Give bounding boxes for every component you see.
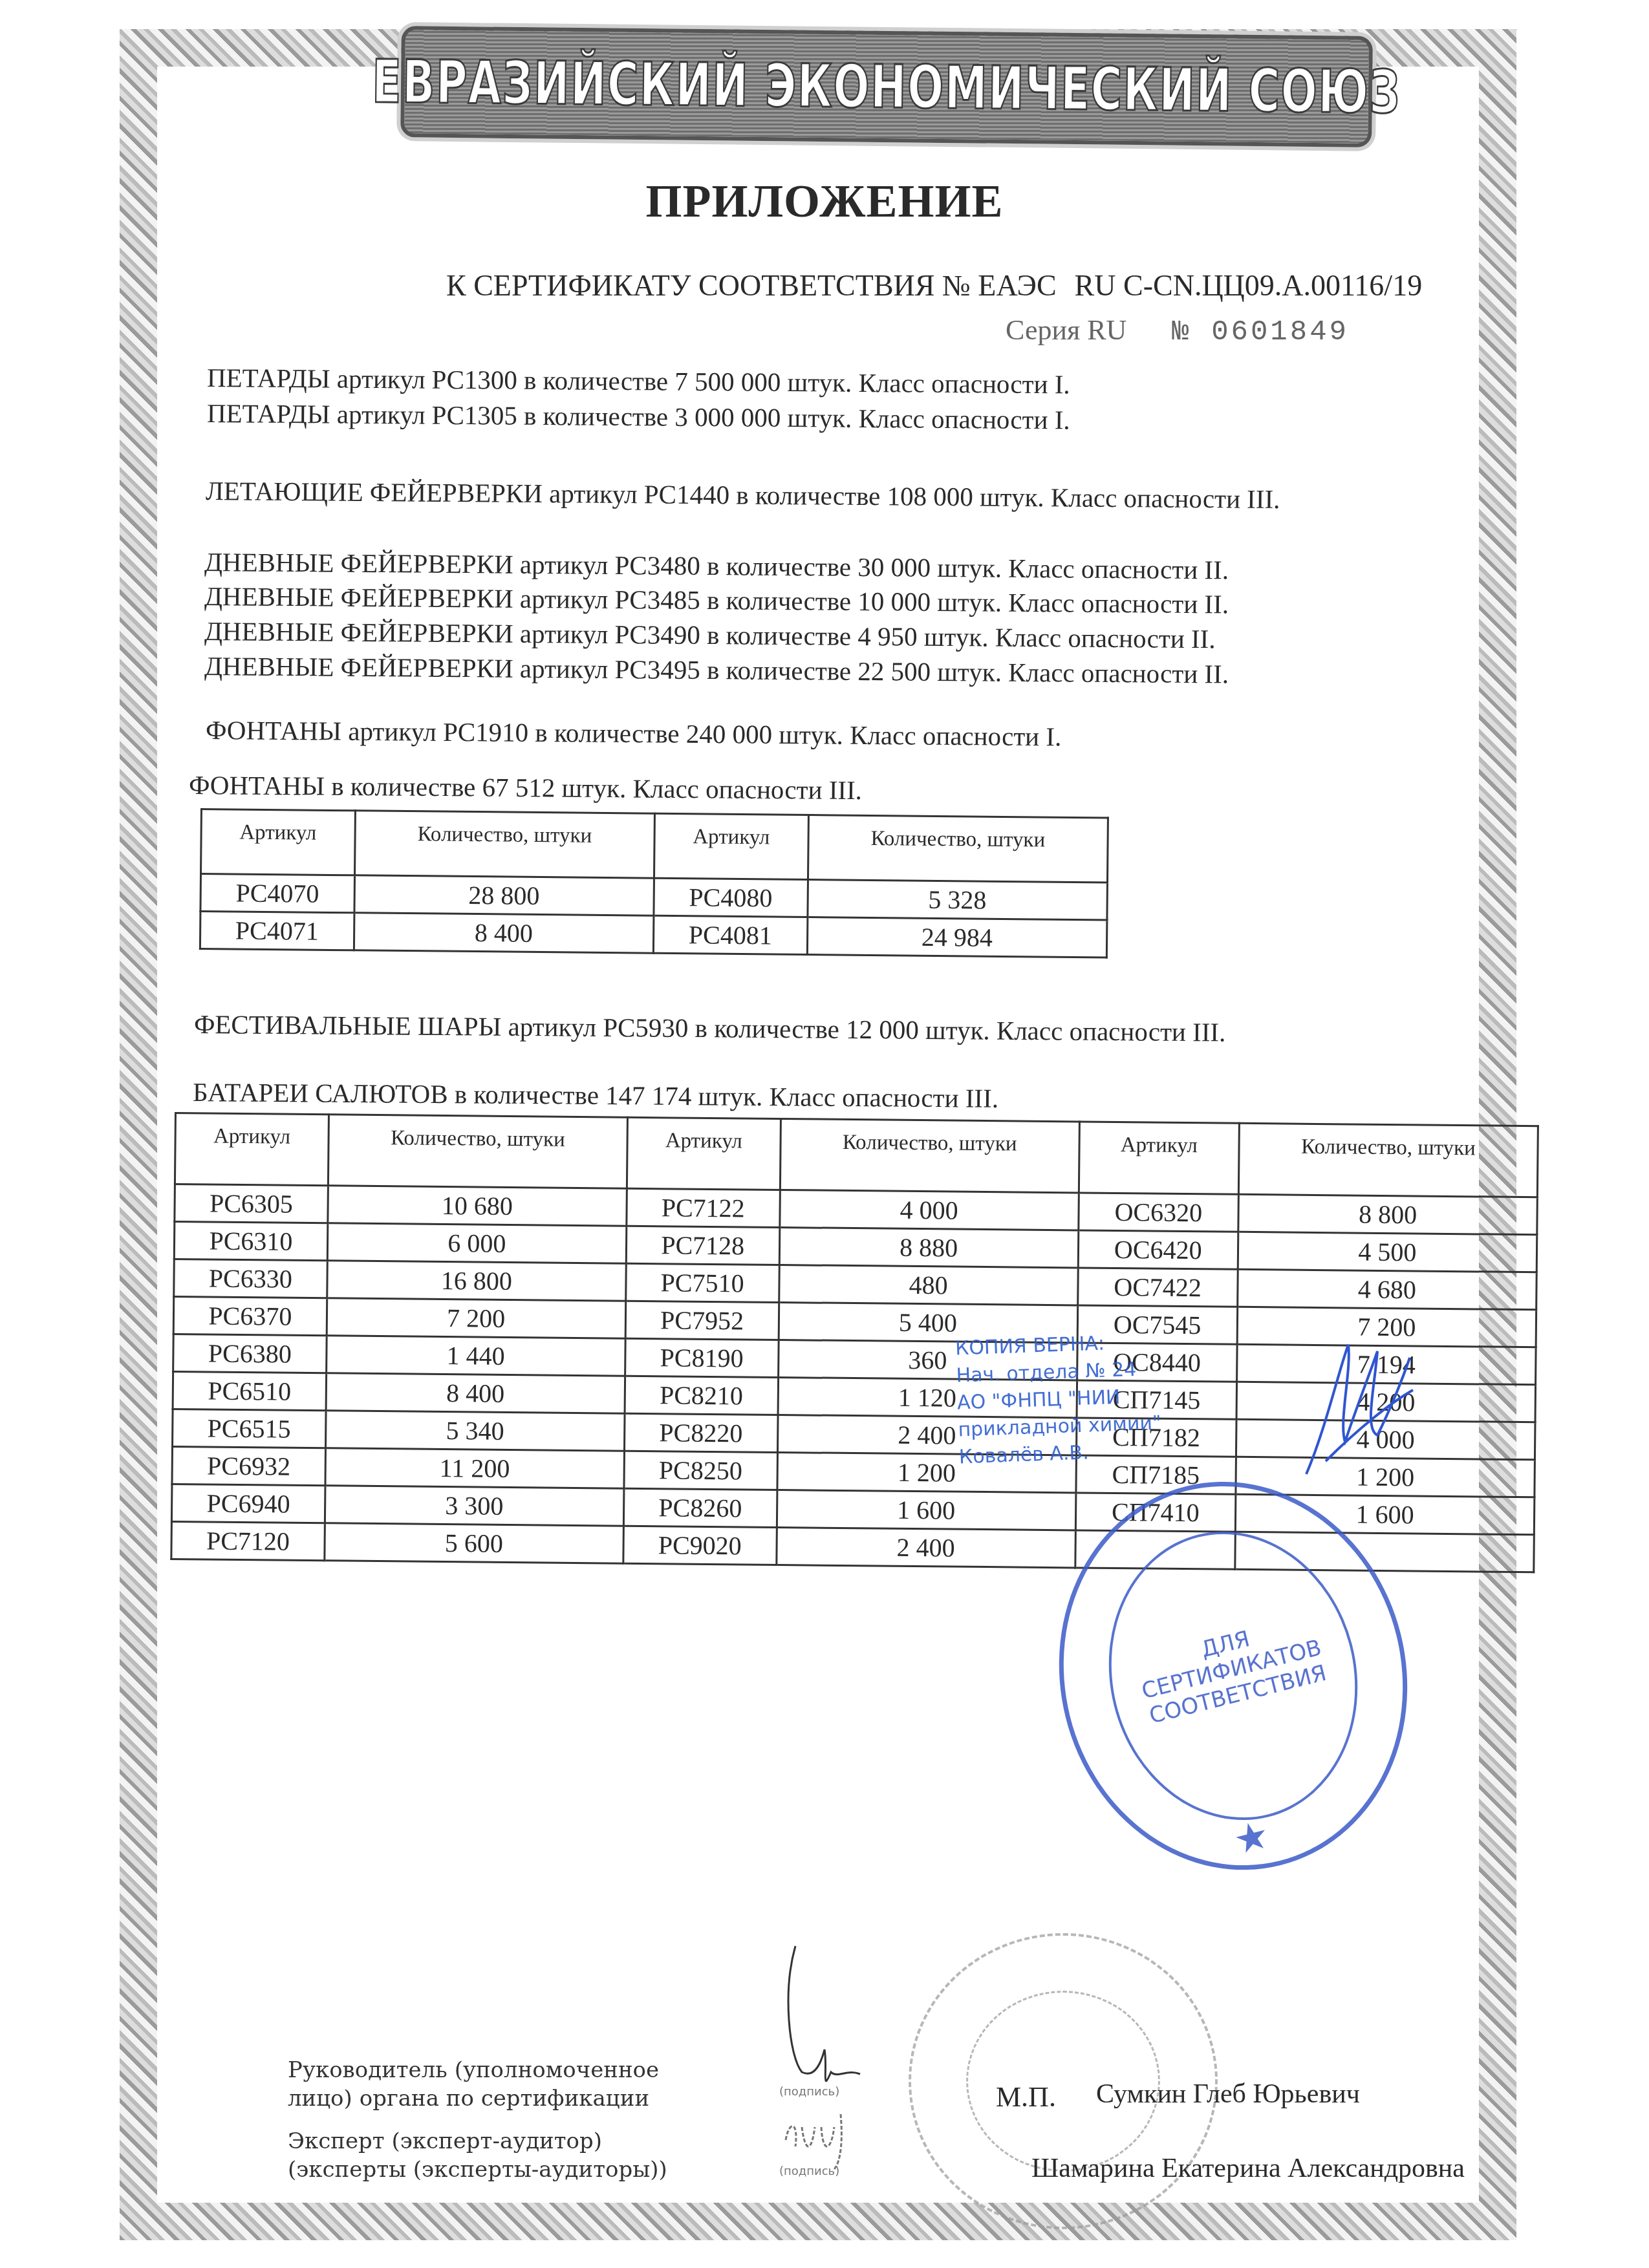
table-cell: PC7122 bbox=[627, 1188, 780, 1227]
subtitle-text: К СЕРТИФИКАТУ СООТВЕТСТВИЯ № ЕАЭС bbox=[446, 269, 1057, 302]
signature-caption: (подпись) bbox=[779, 2165, 839, 2178]
copy-certified-stamp: КОПИЯ ВЕРНА:Нач. отдела № 24АО "ФНПЦ "НИ… bbox=[954, 1329, 1162, 1471]
table-cell: 1 440 bbox=[326, 1336, 625, 1376]
seal-text-line: ДЛЯ bbox=[1059, 1591, 1392, 1698]
column-header: Артикул bbox=[175, 1113, 329, 1186]
seal-text-line: СЕРТИФИКАТОВ bbox=[1065, 1616, 1397, 1723]
table-cell: PC7120 bbox=[171, 1521, 325, 1560]
table-cell: 10 680 bbox=[328, 1186, 627, 1226]
table-cell: 24 984 bbox=[807, 917, 1107, 957]
head-label: Руководитель (уполномоченное лицо) орган… bbox=[288, 2056, 659, 2113]
column-header: Количество, штуки bbox=[354, 811, 654, 878]
table-cell: PC8260 bbox=[623, 1488, 777, 1527]
column-header: Артикул bbox=[654, 813, 808, 879]
star-icon: ★ bbox=[1229, 1812, 1274, 1864]
table-cell: PC8220 bbox=[624, 1413, 777, 1452]
table-cell: PC4070 bbox=[200, 874, 354, 913]
certificate-reference: К СЕРТИФИКАТУ СООТВЕТСТВИЯ № ЕАЭСRU C-CN… bbox=[446, 268, 1422, 303]
table-cell: PC6510 bbox=[173, 1371, 326, 1410]
table-cell: 2 400 bbox=[776, 1527, 1075, 1567]
head-name: Сумкин Глеб Юрьевич bbox=[1096, 2079, 1360, 2110]
expert-name: Шамарина Екатерина Александровна bbox=[1031, 2153, 1465, 2184]
column-header: Количество, штуки bbox=[1238, 1123, 1538, 1197]
table-cell: PC6932 bbox=[172, 1446, 325, 1485]
series-label: Серия RU bbox=[1006, 314, 1126, 346]
signature-caption: (подпись) bbox=[779, 2085, 839, 2099]
table-cell: 16 800 bbox=[327, 1261, 627, 1301]
column-header: Количество, штуки bbox=[808, 815, 1108, 883]
head-label-line: Руководитель (уполномоченное bbox=[288, 2056, 659, 2084]
item-line: ФОНТАНЫ в количестве 67 512 штук. Класс … bbox=[189, 769, 862, 806]
fountains-table: АртикулКоличество, штукиАртикулКоличеств… bbox=[199, 808, 1109, 958]
table-cell: OC6320 bbox=[1078, 1193, 1238, 1232]
table-cell: PC8190 bbox=[625, 1338, 778, 1377]
table-cell: PC6940 bbox=[171, 1484, 325, 1523]
table-cell: 5 328 bbox=[807, 880, 1107, 920]
table-cell: PC7128 bbox=[626, 1226, 779, 1265]
column-header: Количество, штуки bbox=[328, 1115, 627, 1188]
certificate-number: RU C-CN.ЦЦ09.А.00116/19 bbox=[1075, 269, 1423, 302]
table-cell: PC6380 bbox=[173, 1334, 327, 1373]
table-cell: PC6370 bbox=[173, 1297, 327, 1336]
table-cell: PC7510 bbox=[626, 1263, 779, 1302]
column-header: Артикул bbox=[627, 1117, 781, 1190]
table-cell: PC4071 bbox=[200, 912, 354, 950]
table-cell: 28 800 bbox=[354, 875, 654, 915]
expert-label: Эксперт (эксперт-аудитор) (эксперты (экс… bbox=[288, 2127, 667, 2184]
table-header-row: АртикулКоличество, штукиАртикулКоличеств… bbox=[175, 1113, 1538, 1197]
table-cell: PC7952 bbox=[625, 1301, 779, 1340]
head-label-line: лицо) органа по сертификации bbox=[288, 2084, 659, 2113]
table-cell: 480 bbox=[779, 1265, 1078, 1305]
table-cell: 8 400 bbox=[354, 913, 654, 953]
stamp-place-label: М.П. bbox=[996, 2081, 1056, 2113]
item-line: БАТАРЕИ САЛЮТОВ в количестве 147 174 шту… bbox=[193, 1076, 998, 1114]
expert-label-line: (эксперты (эксперты-аудиторы)) bbox=[288, 2156, 667, 2184]
eaeu-banner: ЕВРАЗИЙСКИЙ ЭКОНОМИЧЕСКИЙ СОЮЗ bbox=[400, 26, 1373, 147]
table-header-row: АртикулКоличество, штукиАртикулКоличеств… bbox=[201, 809, 1108, 883]
table-cell: 8 400 bbox=[326, 1373, 625, 1413]
column-header: Артикул bbox=[201, 809, 355, 875]
series-line: Серия RU№ 0601849 bbox=[1006, 314, 1349, 348]
table-cell: 5 600 bbox=[325, 1523, 624, 1563]
table-cell: 8 880 bbox=[779, 1227, 1079, 1267]
table-cell: PC4081 bbox=[653, 915, 807, 954]
table-cell: 6 000 bbox=[327, 1223, 627, 1263]
table-cell: 5 340 bbox=[325, 1411, 625, 1451]
table-row: PC40718 400PC408124 984 bbox=[200, 912, 1106, 957]
table-cell: PC4080 bbox=[654, 878, 808, 917]
table-cell: PC8250 bbox=[624, 1451, 777, 1490]
table-cell: OC7422 bbox=[1077, 1268, 1238, 1307]
table-cell: 1 600 bbox=[777, 1490, 1076, 1530]
table-cell: PC9020 bbox=[623, 1526, 777, 1565]
table-cell: PC6310 bbox=[174, 1222, 327, 1261]
series-number: № 0601849 bbox=[1172, 316, 1349, 348]
table-cell: 11 200 bbox=[325, 1448, 625, 1488]
column-header: Количество, штуки bbox=[780, 1118, 1079, 1192]
table-cell: 4 500 bbox=[1238, 1232, 1537, 1272]
document-title: ПРИЛОЖЕНИЕ bbox=[0, 175, 1649, 228]
table-cell: 7 200 bbox=[327, 1298, 626, 1338]
table-cell: PC6515 bbox=[173, 1409, 326, 1448]
table-cell: OC6420 bbox=[1078, 1230, 1238, 1269]
seal-text-line: СООТВЕТСТВИЯ bbox=[1072, 1642, 1404, 1748]
table-cell: PC8210 bbox=[625, 1376, 778, 1415]
table-cell: 4 000 bbox=[779, 1190, 1079, 1230]
table-cell: PC6305 bbox=[175, 1184, 328, 1223]
banner-text: ЕВРАЗИЙСКИЙ ЭКОНОМИЧЕСКИЙ СОЮЗ bbox=[372, 47, 1401, 127]
column-header: Артикул bbox=[1079, 1122, 1239, 1194]
table-cell: 3 300 bbox=[325, 1486, 624, 1526]
table-cell: 8 800 bbox=[1238, 1194, 1538, 1234]
table-cell: PC6330 bbox=[174, 1259, 327, 1298]
expert-signature-icon bbox=[776, 2101, 867, 2172]
table-cell: 4 680 bbox=[1238, 1269, 1537, 1309]
expert-label-line: Эксперт (эксперт-аудитор) bbox=[288, 2127, 667, 2156]
blue-signature-icon bbox=[1300, 1332, 1416, 1481]
seal-center-text: ДЛЯСЕРТИФИКАТОВСООТВЕТСТВИЯ bbox=[1059, 1591, 1405, 1748]
